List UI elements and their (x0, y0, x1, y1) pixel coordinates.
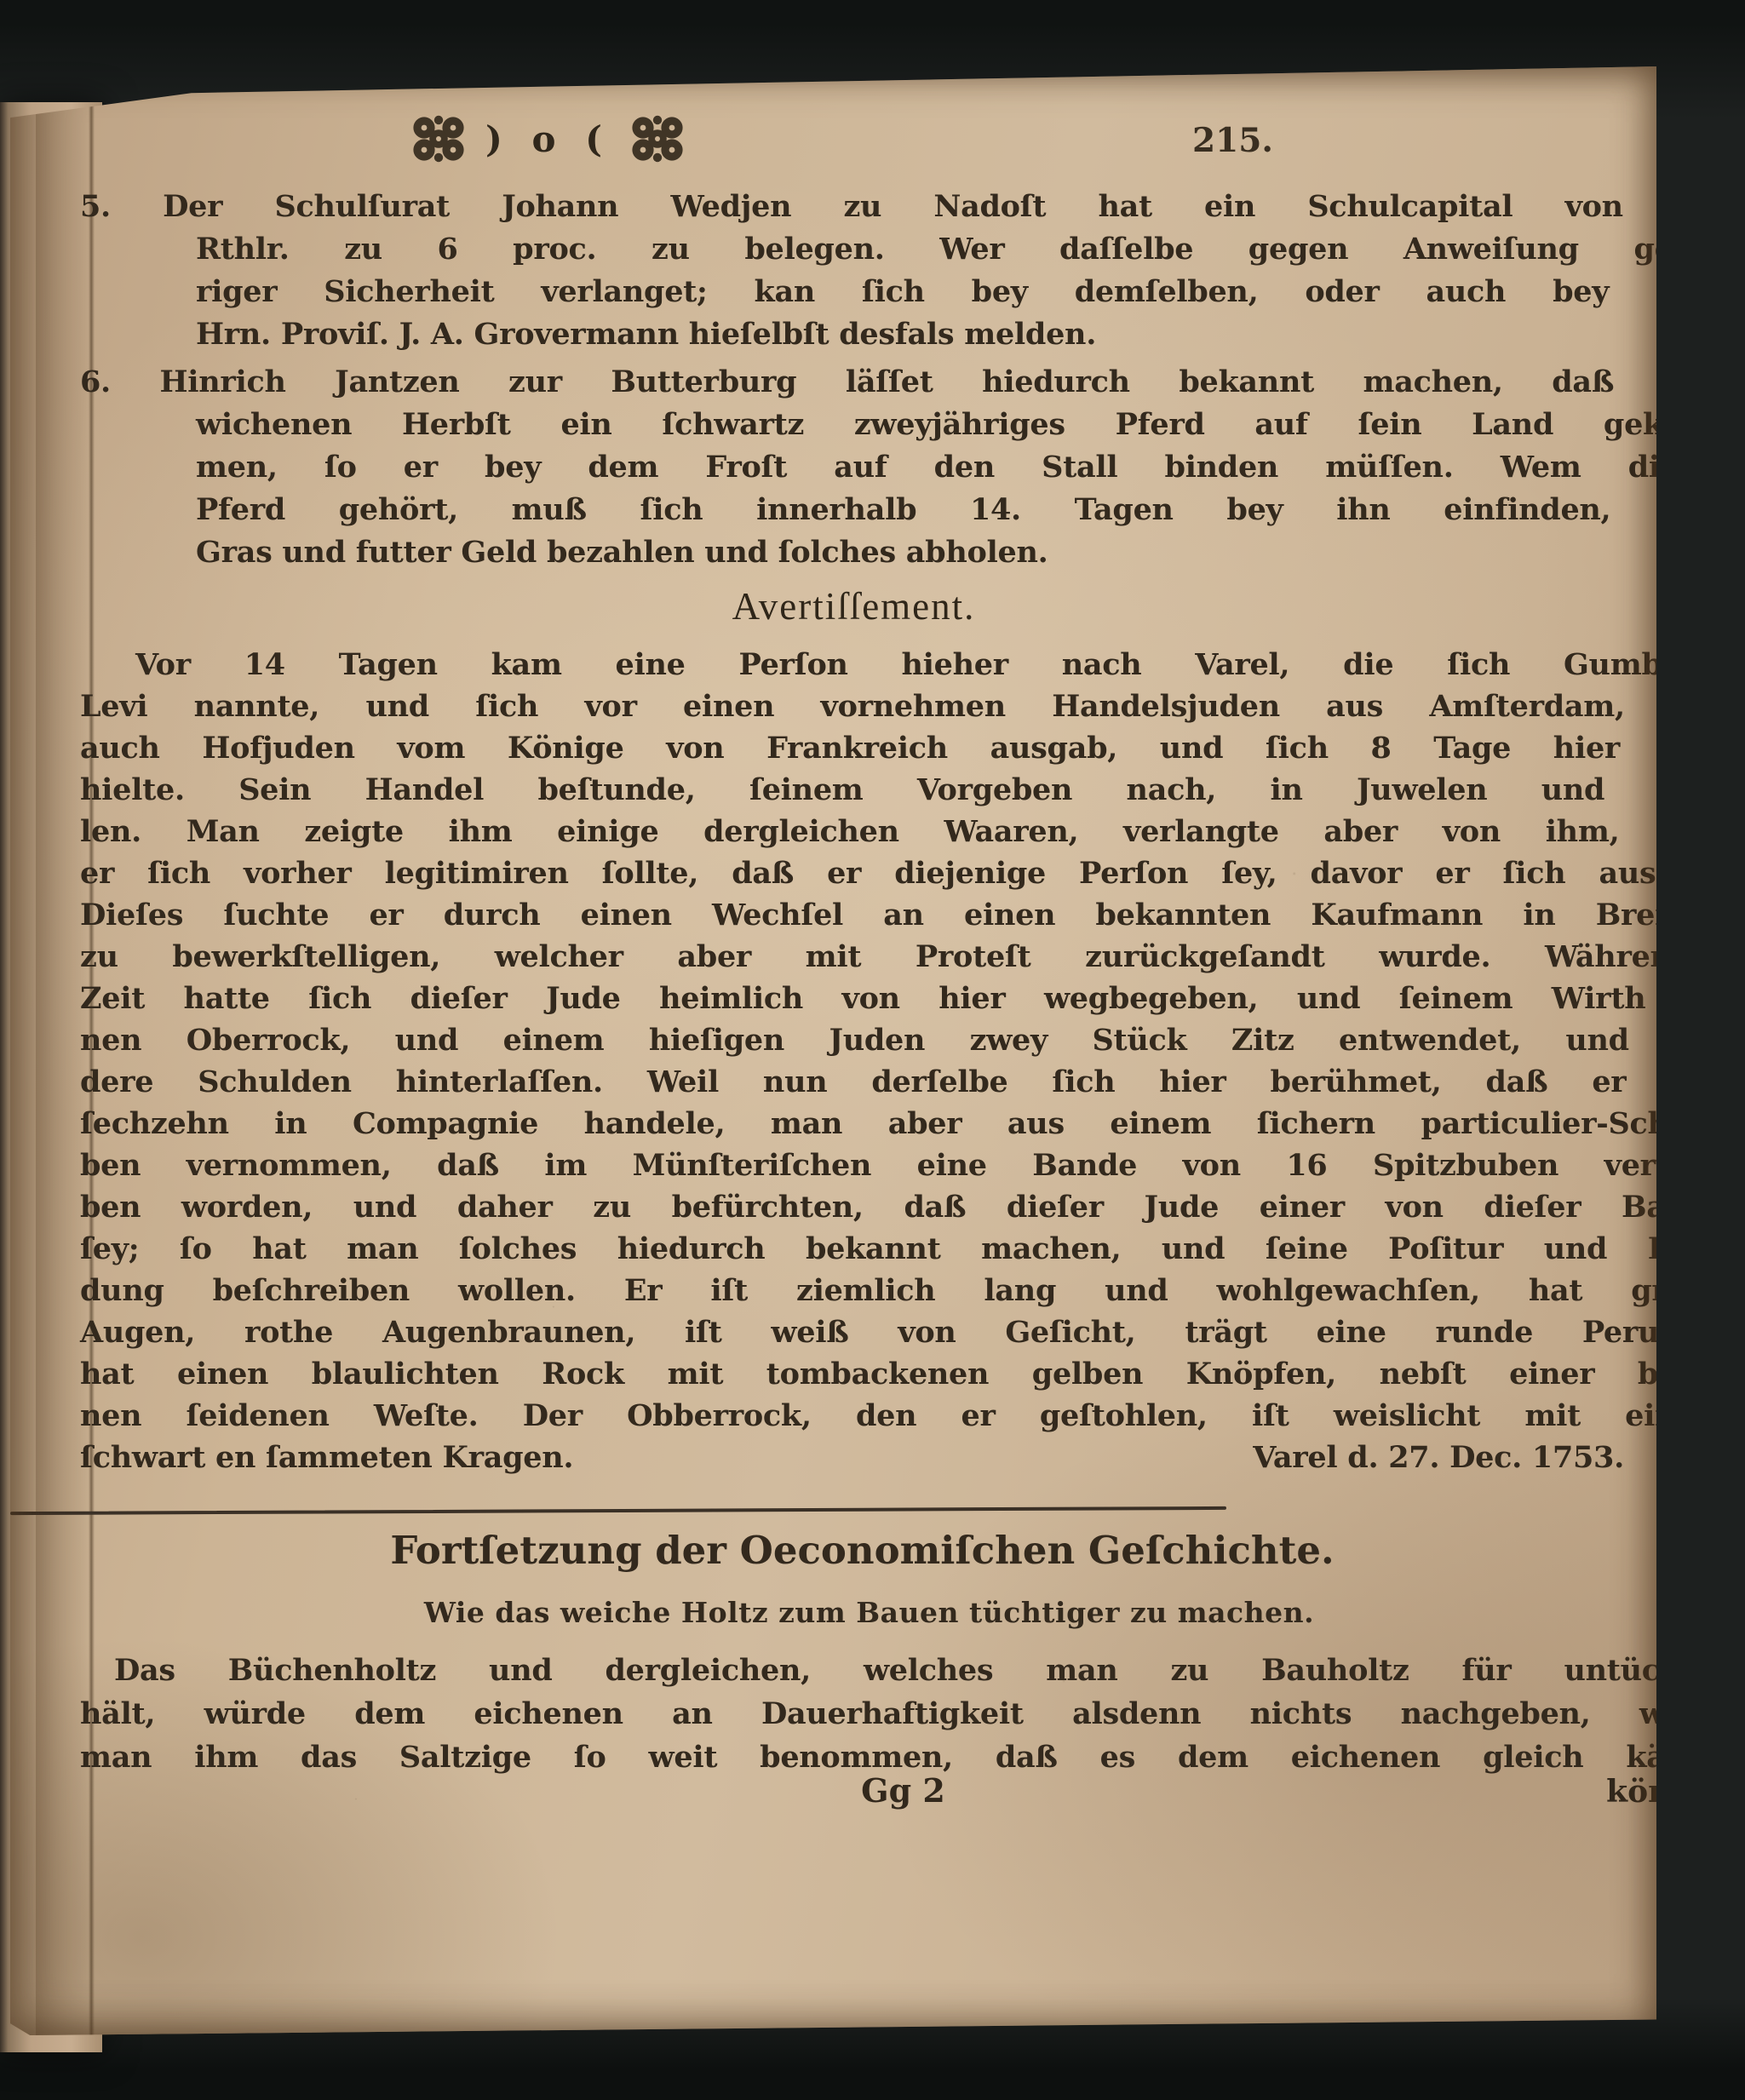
running-header: ) o ( (410, 114, 686, 164)
body-line: Levi nannte, und ſich vor einen vornehme… (80, 686, 1726, 727)
body-line: ben worden, und daher zu befürchten, daß… (80, 1186, 1726, 1228)
notice-line: 6. Hinrich Jantzen zur Butterburg läſſet… (80, 361, 1726, 404)
closing-line: ſchwart en ſammeten Kragen. Varel d. 27.… (80, 1437, 1726, 1478)
catchword: könnte (945, 1774, 1726, 1810)
body-line: hält, würde dem eichenen an Dauerhaftigk… (80, 1692, 1726, 1736)
section-divider-rule (10, 1506, 1226, 1515)
body-line: Vor 14 Tagen kam eine Perſon hieher nach… (80, 644, 1726, 686)
floral-ornament-icon (629, 114, 686, 164)
page-footer: Gg 2 könnte (80, 1771, 1726, 1810)
book-page: ) o ( 215. (10, 66, 1656, 2035)
closing-text: ſchwart en ſammeten Kragen. (80, 1437, 573, 1478)
body-line: Das Büchenholtz und dergleichen, welches… (80, 1649, 1726, 1692)
header-separator: ) o ( (485, 118, 611, 160)
notice-line: men, ſo er bey dem Froſt auf den Stall b… (80, 446, 1726, 489)
section-subtitle: Wie das weiche Holtz zum Bauen tüchtiger… (46, 1596, 1692, 1629)
body-line: Augen, rothe Augenbraunen, iſt weiß von … (80, 1311, 1726, 1353)
body-line: zu bewerkſtelligen, welcher aber mit Pro… (80, 936, 1726, 978)
continuation-body: Das Büchenholtz und dergleichen, welches… (80, 1649, 1726, 1779)
avertissement-title: Avertiſſement. (31, 584, 1677, 628)
body-line: dere Schulden hinterlaſſen. Weil nun der… (80, 1061, 1726, 1103)
body-line: ſechzehn in Compagnie handele, man aber … (80, 1103, 1726, 1145)
body-line: dung beſchreiben wollen. Er iſt ziemlich… (80, 1270, 1726, 1311)
notice-line: Gras und futter Geld bezahlen und ſolche… (80, 531, 1726, 574)
notice-line: Pferd gehört, muß ſich innerhalb 14. Tag… (80, 489, 1726, 531)
notice-line: wichenen Herbſt ein ſchwartz zweyjährige… (80, 404, 1726, 446)
body-line: ben vernommen, daß im Münſteriſchen eine… (80, 1145, 1726, 1186)
body-line: hielte. Sein Handel beſtunde, ſeinem Vor… (80, 769, 1726, 811)
notice-item-5: 5. Der Schulſurat Johann Wedjen zu Nadoſ… (80, 186, 1726, 356)
body-line: hat einen blaulichten Rock mit tombacken… (80, 1353, 1726, 1395)
gathering-signature: Gg 2 (861, 1771, 945, 1810)
floral-ornament-icon (410, 114, 467, 164)
page-number: 215. (1192, 121, 1273, 160)
body-line: auch Hofjuden vom Könige von Frankreich … (80, 727, 1726, 769)
notice-line: Hrn. Proviſ. J. A. Grovermann hieſelbſt … (80, 313, 1726, 356)
body-line: len. Man zeigte ihm einige dergleichen W… (80, 811, 1726, 852)
body-line: nen Oberrock, und einem hieſigen Juden z… (80, 1019, 1726, 1061)
dateline: Varel d. 27. Dec. 1753. (1253, 1437, 1624, 1478)
scanned-book-photo: ) o ( 215. (0, 0, 1745, 2100)
notice-item-6: 6. Hinrich Jantzen zur Butterburg läſſet… (80, 361, 1726, 574)
body-line: Zeit hatte ſich dieſer Jude heimlich von… (80, 978, 1726, 1019)
body-line: Dieſes ſuchte er durch einen Wechſel an … (80, 894, 1726, 936)
notice-line: 5. Der Schulſurat Johann Wedjen zu Nadoſ… (80, 186, 1726, 228)
body-line: ſey; ſo hat man ſolches hiedurch bekannt… (80, 1228, 1726, 1270)
section-title: Fortſetzung der Oeconomiſchen Geſchichte… (39, 1528, 1685, 1573)
body-line: nen ſeidenen Weſte. Der Obberrock, den e… (80, 1395, 1726, 1437)
notice-line: riger Sicherheit verlanget; kan ſich bey… (80, 271, 1726, 313)
body-line: er ſich vorher legitimiren ſollte, daß e… (80, 852, 1726, 894)
avertissement-body: Vor 14 Tagen kam eine Perſon hieher nach… (80, 644, 1726, 1478)
notice-line: Rthlr. zu 6 proc. zu belegen. Wer daſſel… (80, 228, 1726, 271)
